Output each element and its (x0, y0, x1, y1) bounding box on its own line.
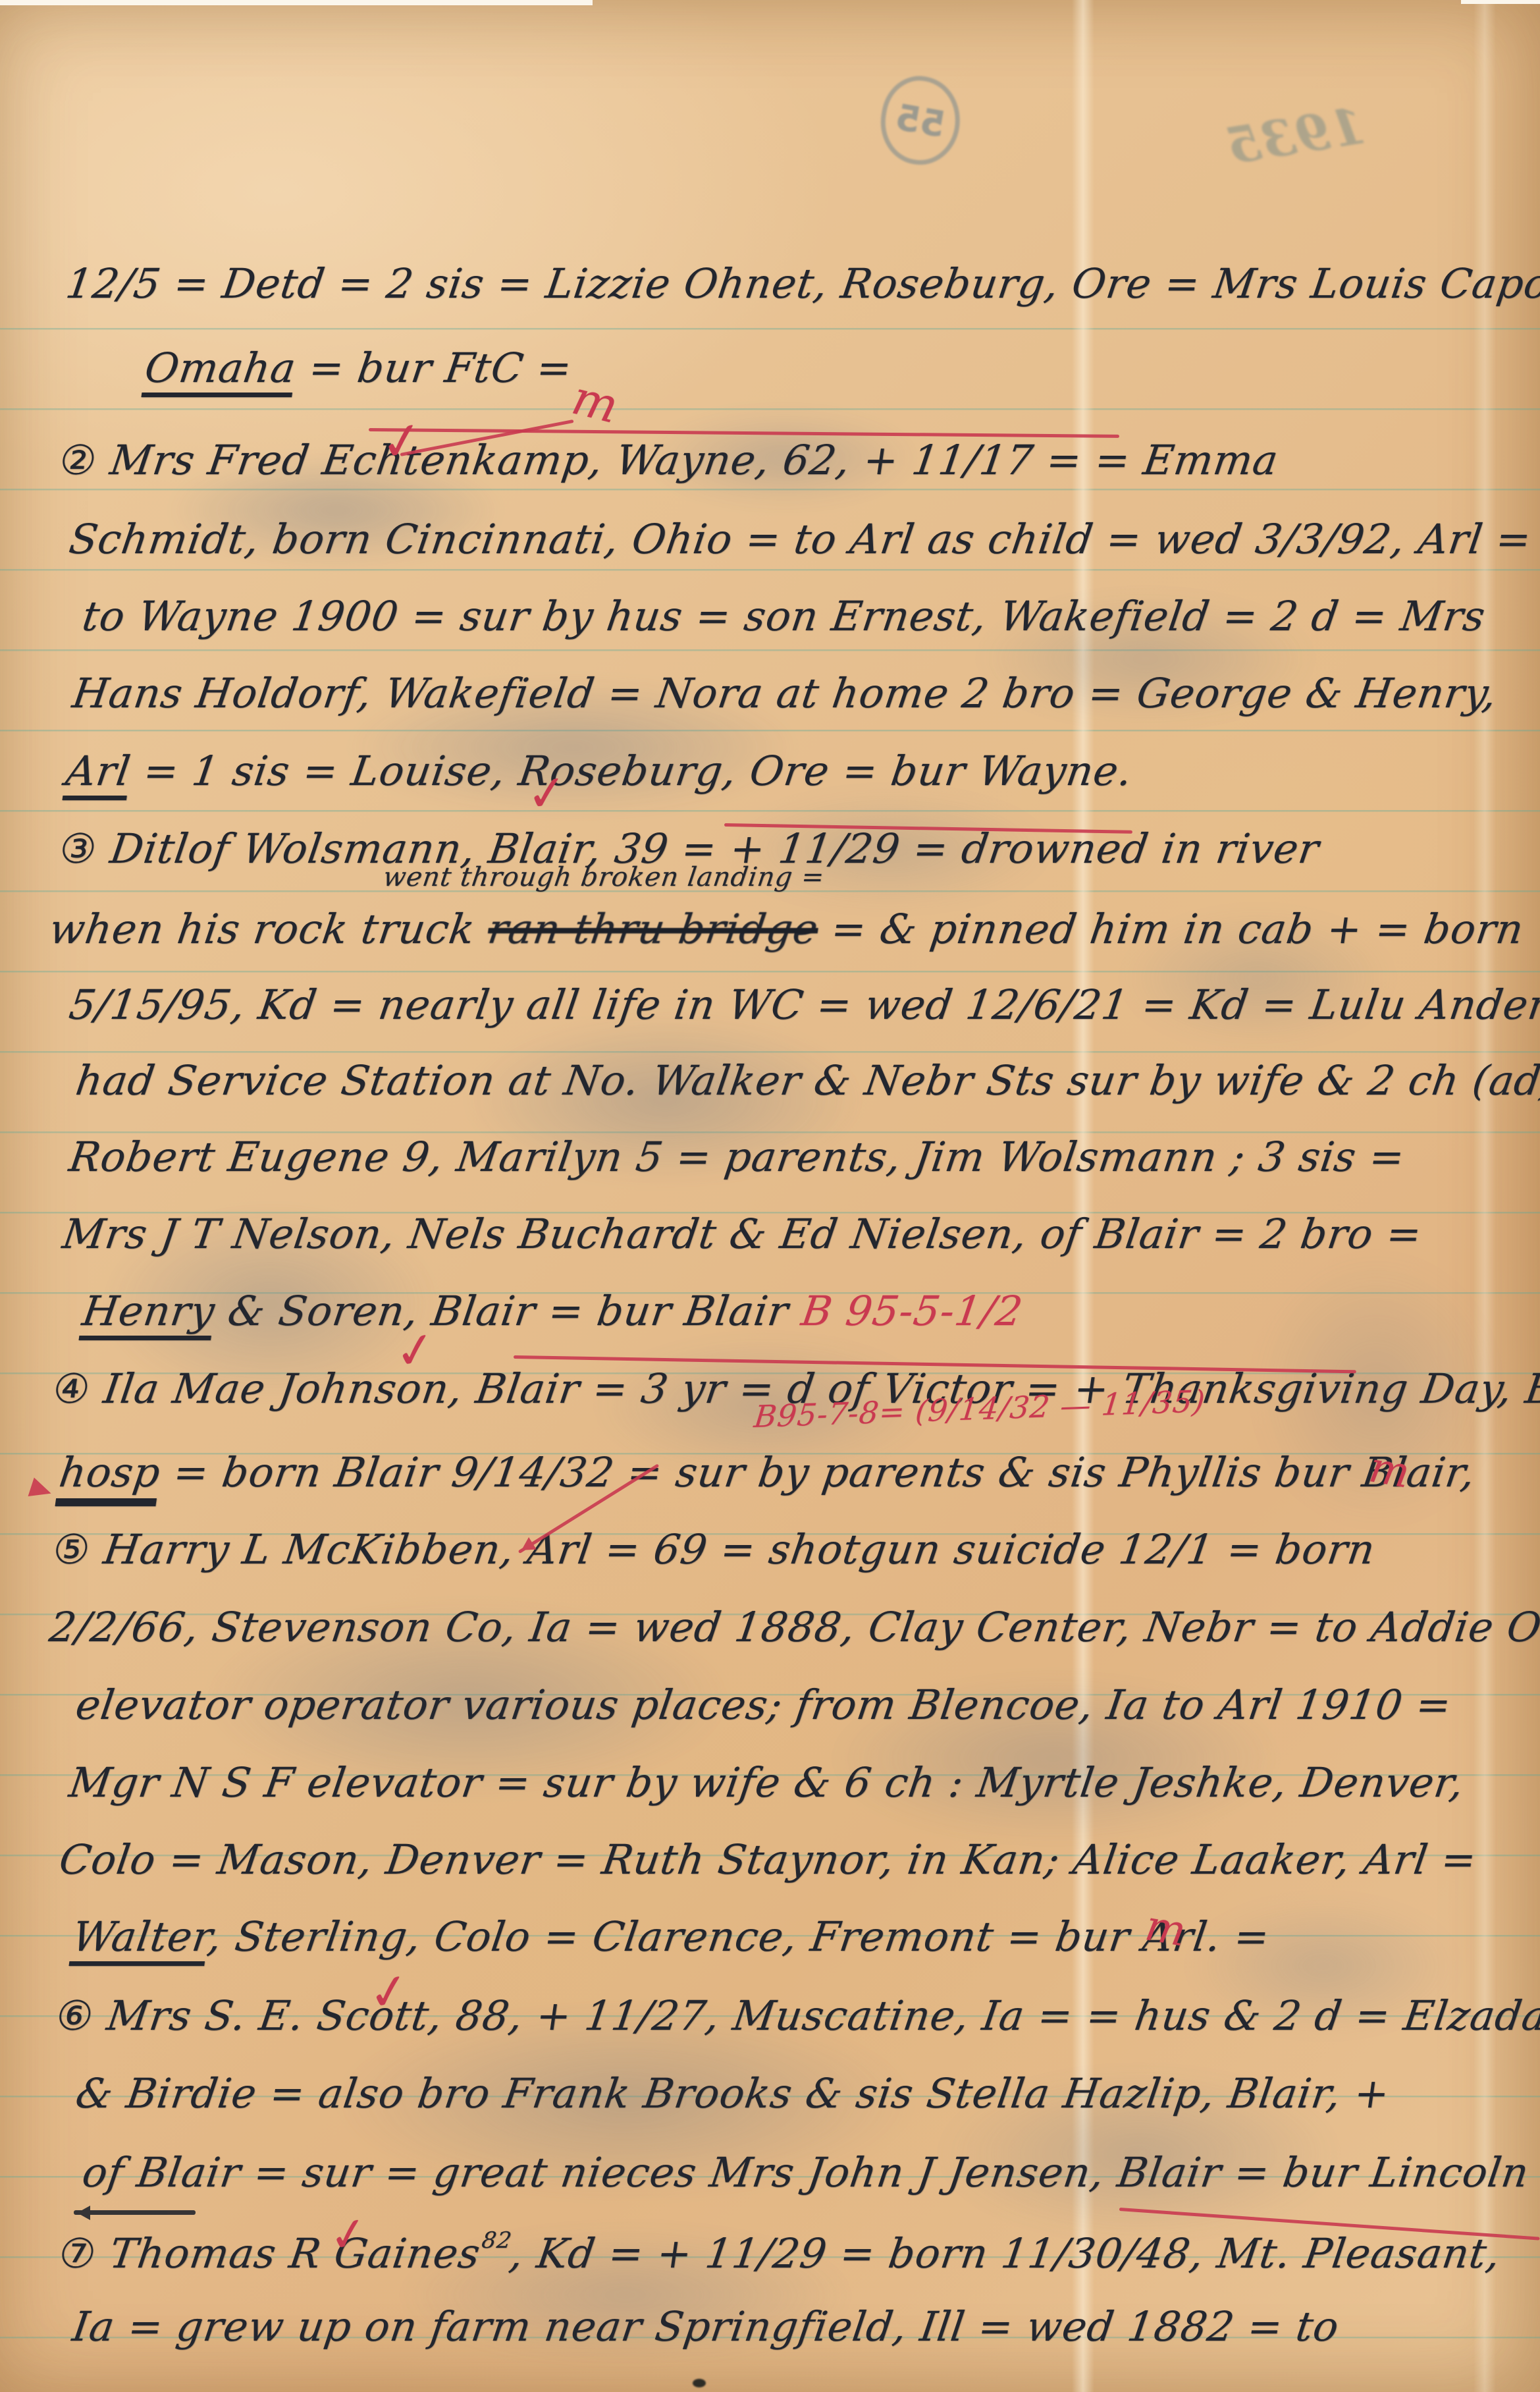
ink-text: & Soren, Blair = bur Blair (211, 1287, 805, 1335)
black-margin-arrow (74, 2210, 196, 2215)
ink-text: Ia = grew up on farm near Springfield, I… (70, 2302, 1342, 2351)
handwritten-line: 12/5 = Detd = 2 sis = Lizzie Ohnet, Rose… (63, 263, 1540, 304)
page-number: 55 (893, 95, 949, 145)
handwritten-line: went through broken landing = (381, 864, 826, 890)
scan-edge (1461, 0, 1540, 4)
handwritten-line: 2/2/66, Stevenson Co, Ia = wed 1888, Cla… (47, 1607, 1540, 1648)
ink-text: ② Mrs Fred Echtenkamp, Wayne, 62, + 11/1… (57, 436, 1282, 484)
ink-text: Robert Eugene 9, Marilyn 5 = parents, Ji… (66, 1133, 1408, 1181)
handwritten-line: Schmidt, born Cincinnati, Ohio = to Arl … (66, 519, 1534, 560)
ink-text: Henry (80, 1287, 219, 1335)
handwritten-line: Omaha = bur FtC = (142, 348, 575, 389)
red-check-gaines: ✓ (326, 2205, 371, 2264)
handwritten-line: when his rock truck ran thru bridge = & … (47, 909, 1526, 950)
scan-edge (0, 0, 593, 5)
handwritten-line: ② Mrs Fred Echtenkamp, Wayne, 62, + 11/1… (57, 440, 1281, 481)
ink-text: = born Blair 9/14/32 = sur by parents & … (157, 1448, 1478, 1496)
handwritten-line: ⑤ Harry L McKibben, Arl = 69 = shotgun s… (50, 1529, 1377, 1570)
handwritten-line: Hans Holdorf, Wakefield = Nora at home 2… (70, 673, 1499, 714)
handwritten-line: Henry & Soren, Blair = bur Blair B 95-5-… (80, 1291, 1025, 1332)
ink-text: ran thru bridge (485, 905, 822, 953)
ink-text: 2/2/66, Stevenson Co, Ia = wed 1888, Cla… (47, 1603, 1540, 1651)
handwritten-line: Arl = 1 sis = Louise, Roseburg, Ore = bu… (63, 751, 1135, 792)
ink-text: 12/5 = Detd = 2 sis = Lizzie Ohnet, Rose… (63, 259, 1540, 308)
handwritten-line: Ia = grew up on farm near Springfield, I… (70, 2306, 1341, 2347)
ink-text: elevator operator various places; from B… (73, 1681, 1455, 1729)
ink-text: 82 (480, 2227, 514, 2254)
ink-text: when his rock truck (47, 905, 492, 953)
page-number-stamp: 55 (874, 70, 967, 171)
ink-text: of Blair = sur = great nieces Mrs John J… (80, 2148, 1532, 2196)
ink-text: = bur FtC = (292, 344, 575, 392)
ink-text: Colo = Mason, Denver = Ruth Staynor, in … (57, 1835, 1480, 1884)
ink-text: Walter (70, 1913, 212, 1961)
ink-text: Schmidt, born Cincinnati, Ohio = to Arl … (66, 515, 1535, 563)
red-check-johnson: ✓ (391, 1320, 439, 1382)
handwritten-line: had Service Station at No. Walker & Nebr… (73, 1060, 1540, 1101)
ink-text: = & pinned him in cab + = born (814, 905, 1527, 953)
ink-text: , Sterling, Colo = Clarence, Fremont = b… (205, 1913, 1273, 1961)
ink-text: Hans Holdorf, Wakefield = Nora at home 2… (70, 669, 1500, 717)
handwritten-line: Mgr N S F elevator = sur by wife & 6 ch … (66, 1762, 1466, 1803)
red-check-louise: ✓ (524, 763, 570, 823)
handwritten-line: hosp = born Blair 9/14/32 = sur by paren… (57, 1452, 1477, 1493)
ink-text: , Kd = + 11/29 = born 11/30/48, Mt. Plea… (506, 2229, 1503, 2277)
ink-text: ⑥ Mrs S. E. Scott, 88, + 11/27, Muscatin… (53, 1992, 1540, 2040)
red-m-mark-2: m (1366, 1443, 1414, 1498)
handwritten-line: ⑥ Mrs S. E. Scott, 88, + 11/27, Muscatin… (53, 1996, 1540, 2036)
handwritten-line: Robert Eugene 9, Marilyn 5 = parents, Ji… (66, 1137, 1407, 1178)
ink-text: = 1 sis = Louise, Roseburg, Ore = bur Wa… (127, 747, 1136, 795)
red-check-echtenkamp: ✓ (377, 410, 427, 474)
ink-text: went through broken landing = (381, 862, 826, 892)
red-check-scott: ✓ (365, 1961, 413, 2023)
handwritten-line: Colo = Mason, Denver = Ruth Staynor, in … (57, 1839, 1479, 1880)
ink-text: Arl (63, 747, 134, 795)
ink-text: to Wayne 1900 = sur by hus = son Ernest,… (80, 592, 1489, 640)
handwritten-line: ⑦ Thomas R Gaines82, Kd = + 11/29 = born… (56, 2229, 1503, 2274)
ink-text: ⑦ Thomas R Gaines (56, 2229, 484, 2277)
ink-text: hosp (57, 1448, 164, 1496)
handwritten-line: elevator operator various places; from B… (73, 1685, 1454, 1726)
ink-text: 5/15/95, Kd = nearly all life in WC = we… (66, 981, 1540, 1029)
notebook-page: 55 1935 12/5 = Detd = 2 sis = Lizzie Ohn… (0, 0, 1540, 2392)
ink-speck (693, 2379, 706, 2387)
handwritten-line: to Wayne 1900 = sur by hus = son Ernest,… (80, 596, 1488, 637)
handwritten-line: of Blair = sur = great nieces Mrs John J… (80, 2152, 1531, 2193)
ink-text: Omaha (142, 344, 300, 392)
ink-text: Mrs J T Nelson, Nels Buchardt & Ed Niels… (60, 1210, 1425, 1258)
ink-text: & Birdie = also bro Frank Brooks & sis S… (73, 2069, 1393, 2117)
red-m-mark-3: m (1142, 1901, 1190, 1956)
red-annotation-text: B 95-5-1/2 (799, 1287, 1026, 1335)
bleedthrough-year-text: 1935 (1222, 96, 1369, 176)
handwritten-line: Walter, Sterling, Colo = Clarence, Fremo… (70, 1916, 1272, 1957)
ink-text: Mgr N S F elevator = sur by wife & 6 ch … (66, 1758, 1468, 1807)
ink-text: had Service Station at No. Walker & Nebr… (73, 1056, 1540, 1104)
handwritten-line: 5/15/95, Kd = nearly all life in WC = we… (66, 985, 1540, 1025)
handwritten-line: Mrs J T Nelson, Nels Buchardt & Ed Niels… (60, 1214, 1424, 1255)
ink-text: ⑤ Harry L McKibben, Arl = 69 = shotgun s… (50, 1525, 1379, 1573)
handwritten-line: & Birdie = also bro Frank Brooks & sis S… (73, 2073, 1392, 2114)
